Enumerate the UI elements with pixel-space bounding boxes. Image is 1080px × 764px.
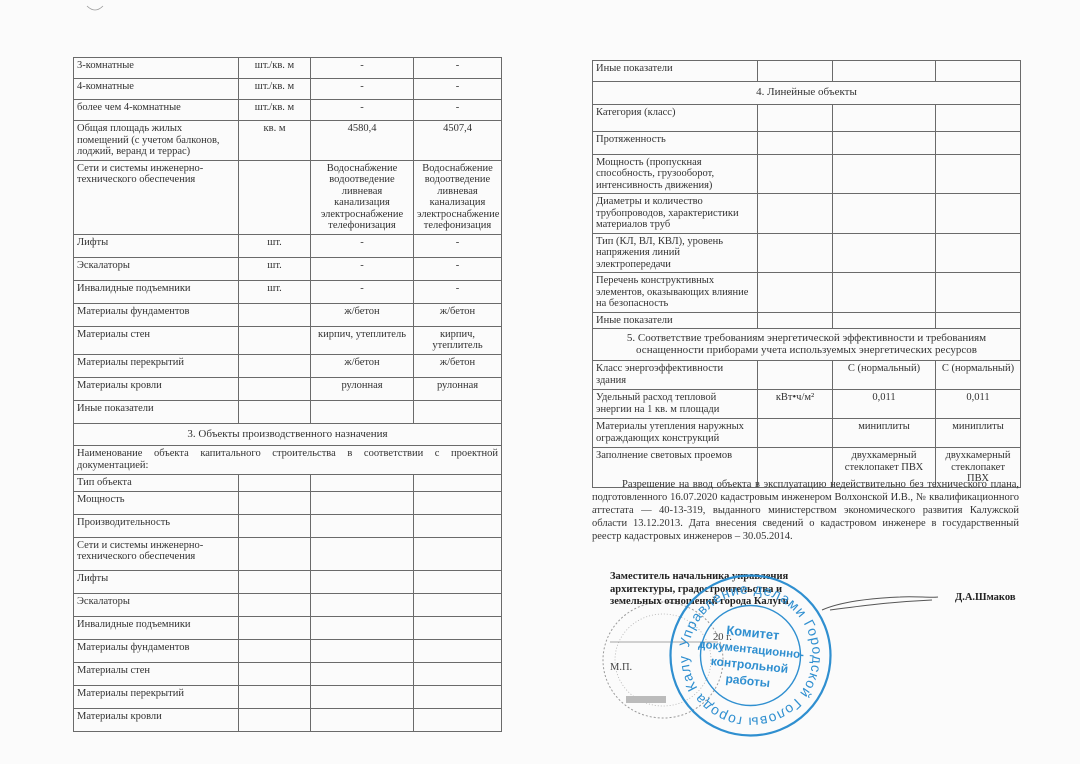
row-label: Диаметры и количество трубопроводов, хар… [593,194,758,234]
table-row: Лифты [74,570,502,593]
table-row: Перечень конструктивных элементов, оказы… [593,273,1021,313]
table-row: Материалы фундаментов ж/бетон ж/бетон [74,303,502,326]
row-actual: ж/бетон [414,354,502,377]
row-actual: рулонная [414,377,502,400]
table-row: Сети и системы инженерно-технического об… [74,537,502,570]
row-plan: миниплиты [833,419,936,448]
row-unit: шт. [239,280,311,303]
row-unit [758,361,833,390]
row-label: Удельный расход тепловой энергии на 1 кв… [593,390,758,419]
table-row: Мощность [74,491,502,514]
row-actual: - [414,100,502,121]
table-row: Материалы утепления наружных ограждающих… [593,419,1021,448]
row-plan: - [311,234,414,257]
handwritten-signature-icon [820,588,940,618]
table-row: Иные показатели [593,312,1021,329]
row-unit [239,400,311,423]
row-label: более чем 4-комнатные [74,100,239,121]
table-row: 3-комнатные шт./кв. м - - [74,58,502,79]
row-label: Материалы утепления наружных ограждающих… [593,419,758,448]
row-plan: - [311,58,414,79]
row-unit [239,377,311,400]
svg-text:работы: работы [725,672,771,691]
row-actual: 4507,4 [414,121,502,161]
table-row: Диаметры и количество трубопроводов, хар… [593,194,1021,234]
linear-energy-table: Иные показатели 4. Линейные объекты Кате… [592,60,1021,488]
table-row: Материалы фундаментов [74,639,502,662]
row-label: Материалы стен [74,662,239,685]
row-label: Материалы фундаментов [74,639,239,662]
row-plan: ж/бетон [311,303,414,326]
table-row: более чем 4-комнатные шт./кв. м - - [74,100,502,121]
row-label: Лифты [74,234,239,257]
row-label: Материалы фундаментов [74,303,239,326]
row-label: Эскалаторы [74,257,239,280]
row-unit: шт./кв. м [239,58,311,79]
row-label: Общая площадь жилых помещений (с учетом … [74,121,239,161]
table-row: Мощность (пропускная способность, грузоо… [593,154,1021,194]
row-unit [239,303,311,326]
row-actual: 0,011 [936,390,1021,419]
row-plan: Водоснабжение водоотведение ливневая кан… [311,160,414,234]
name-row: Наименование объекта капитального строит… [74,446,502,475]
row-actual: кирпич, утеплитель [414,326,502,354]
table-row: Тип (КЛ, ВЛ, КВЛ), уровень напряжения ли… [593,233,1021,273]
row-unit: шт./кв. м [239,100,311,121]
row-plan: - [311,100,414,121]
row-label: Сети и системы инженерно-технического об… [74,537,239,570]
row-label: Лифты [74,570,239,593]
table-row: Иные показатели [74,400,502,423]
row-actual: миниплиты [936,419,1021,448]
table-row: Класс энергоэффективности здания С (норм… [593,361,1021,390]
row-unit: кв. м [239,121,311,161]
svg-text:Комитет: Комитет [726,622,780,642]
table-row: Материалы кровли [74,708,502,731]
row-label: Тип объекта [74,475,239,492]
table-row: Общая площадь жилых помещений (с учетом … [74,121,502,161]
row-actual: С (нормальный) [936,361,1021,390]
permit-note-text: Разрешение на ввод объекта в эксплуатаци… [592,479,1019,542]
row-plan: С (нормальный) [833,361,936,390]
row-plan: - [311,79,414,100]
section4-title: 4. Линейные объекты [593,82,1021,105]
row-label: Категория (класс) [593,104,758,131]
row-actual: - [414,58,502,79]
row-plan: ж/бетон [311,354,414,377]
row-actual: - [414,257,502,280]
table-row: 4-комнатные шт./кв. м - - [74,79,502,100]
table-row: Материалы кровли рулонная рулонная [74,377,502,400]
table-row: Иные показатели [593,61,1021,82]
row-plan [311,400,414,423]
row-label: Иные показатели [74,400,239,423]
section-header-row: 3. Объекты производственного назначения [74,423,502,446]
left-page: 3-комнатные шт./кв. м - - 4-комнатные шт… [73,57,501,732]
table-row: Материалы стен кирпич, утеплитель кирпич… [74,326,502,354]
section3-name-row: Наименование объекта капитального строит… [74,446,502,475]
row-unit: шт. [239,257,311,280]
row-actual [414,400,502,423]
row-label: Иные показатели [593,61,758,82]
seal-place-label: М.П. [610,662,632,673]
table-row: Сети и системы инженерно-технического об… [74,160,502,234]
row-plan: рулонная [311,377,414,400]
table-row: Лифты шт. - - [74,234,502,257]
row-unit [758,419,833,448]
table-row: Материалы стен [74,662,502,685]
row-unit [239,326,311,354]
row-unit: шт. [239,234,311,257]
row-label: Инвалидные подъемники [74,616,239,639]
row-label: 3-комнатные [74,58,239,79]
scan-mark-icon [86,4,104,14]
row-plan: 0,011 [833,390,936,419]
table-row: Материалы перекрытий [74,685,502,708]
row-label: Протяженность [593,131,758,154]
official-stamp-icon: Управление делами Городской Головы город… [668,573,833,738]
row-label: 4-комнатные [74,79,239,100]
row-unit [239,354,311,377]
row-actual: - [414,234,502,257]
row-unit: кВт•ч/м² [758,390,833,419]
table-row: Протяженность [593,131,1021,154]
row-actual: ж/бетон [414,303,502,326]
permit-note: Разрешение на ввод объекта в эксплуатаци… [592,478,1019,543]
row-label: Эскалаторы [74,593,239,616]
table-row: Удельный расход тепловой энергии на 1 кв… [593,390,1021,419]
row-label: Материалы кровли [74,708,239,731]
row-label: Материалы перекрытий [74,685,239,708]
section5-title: 5. Соответствие требованиям энергетическ… [593,329,1021,361]
row-plan: - [311,257,414,280]
row-label: Тип (КЛ, ВЛ, КВЛ), уровень напряжения ли… [593,233,758,273]
row-label: Мощность (пропускная способность, грузоо… [593,154,758,194]
row-label: Производительность [74,514,239,537]
row-actual: - [414,79,502,100]
row-actual: Водоснабжение водоотведение ливневая кан… [414,160,502,234]
row-unit: шт./кв. м [239,79,311,100]
row-plan: 4580,4 [311,121,414,161]
row-label: Инвалидные подъемники [74,280,239,303]
section-header-row: 4. Линейные объекты [593,82,1021,105]
table-row: Эскалаторы [74,593,502,616]
residential-table: 3-комнатные шт./кв. м - - 4-комнатные шт… [73,57,502,732]
row-label: Иные показатели [593,312,758,329]
table-row: Категория (класс) [593,104,1021,131]
table-row: Производительность [74,514,502,537]
table-row: Инвалидные подъемники [74,616,502,639]
row-label: Сети и системы инженерно-технического об… [74,160,239,234]
row-label: Мощность [74,491,239,514]
signatory-name: Д.А.Шмаков [955,592,1016,603]
row-label: Материалы перекрытий [74,354,239,377]
table-row: Тип объекта [74,475,502,492]
section3-title: 3. Объекты производственного назначения [74,423,502,446]
row-label: Материалы кровли [74,377,239,400]
row-label: Перечень конструктивных элементов, оказы… [593,273,758,313]
row-label: Материалы стен [74,326,239,354]
right-page: Иные показатели 4. Линейные объекты Кате… [592,60,1020,488]
row-plan: кирпич, утеплитель [311,326,414,354]
table-row: Инвалидные подъемники шт. - - [74,280,502,303]
section-header-row: 5. Соответствие требованиям энергетическ… [593,329,1021,361]
row-plan: - [311,280,414,303]
table-row: Материалы перекрытий ж/бетон ж/бетон [74,354,502,377]
row-actual: - [414,280,502,303]
row-label: Класс энергоэффективности здания [593,361,758,390]
table-row: Эскалаторы шт. - - [74,257,502,280]
row-unit [239,160,311,234]
